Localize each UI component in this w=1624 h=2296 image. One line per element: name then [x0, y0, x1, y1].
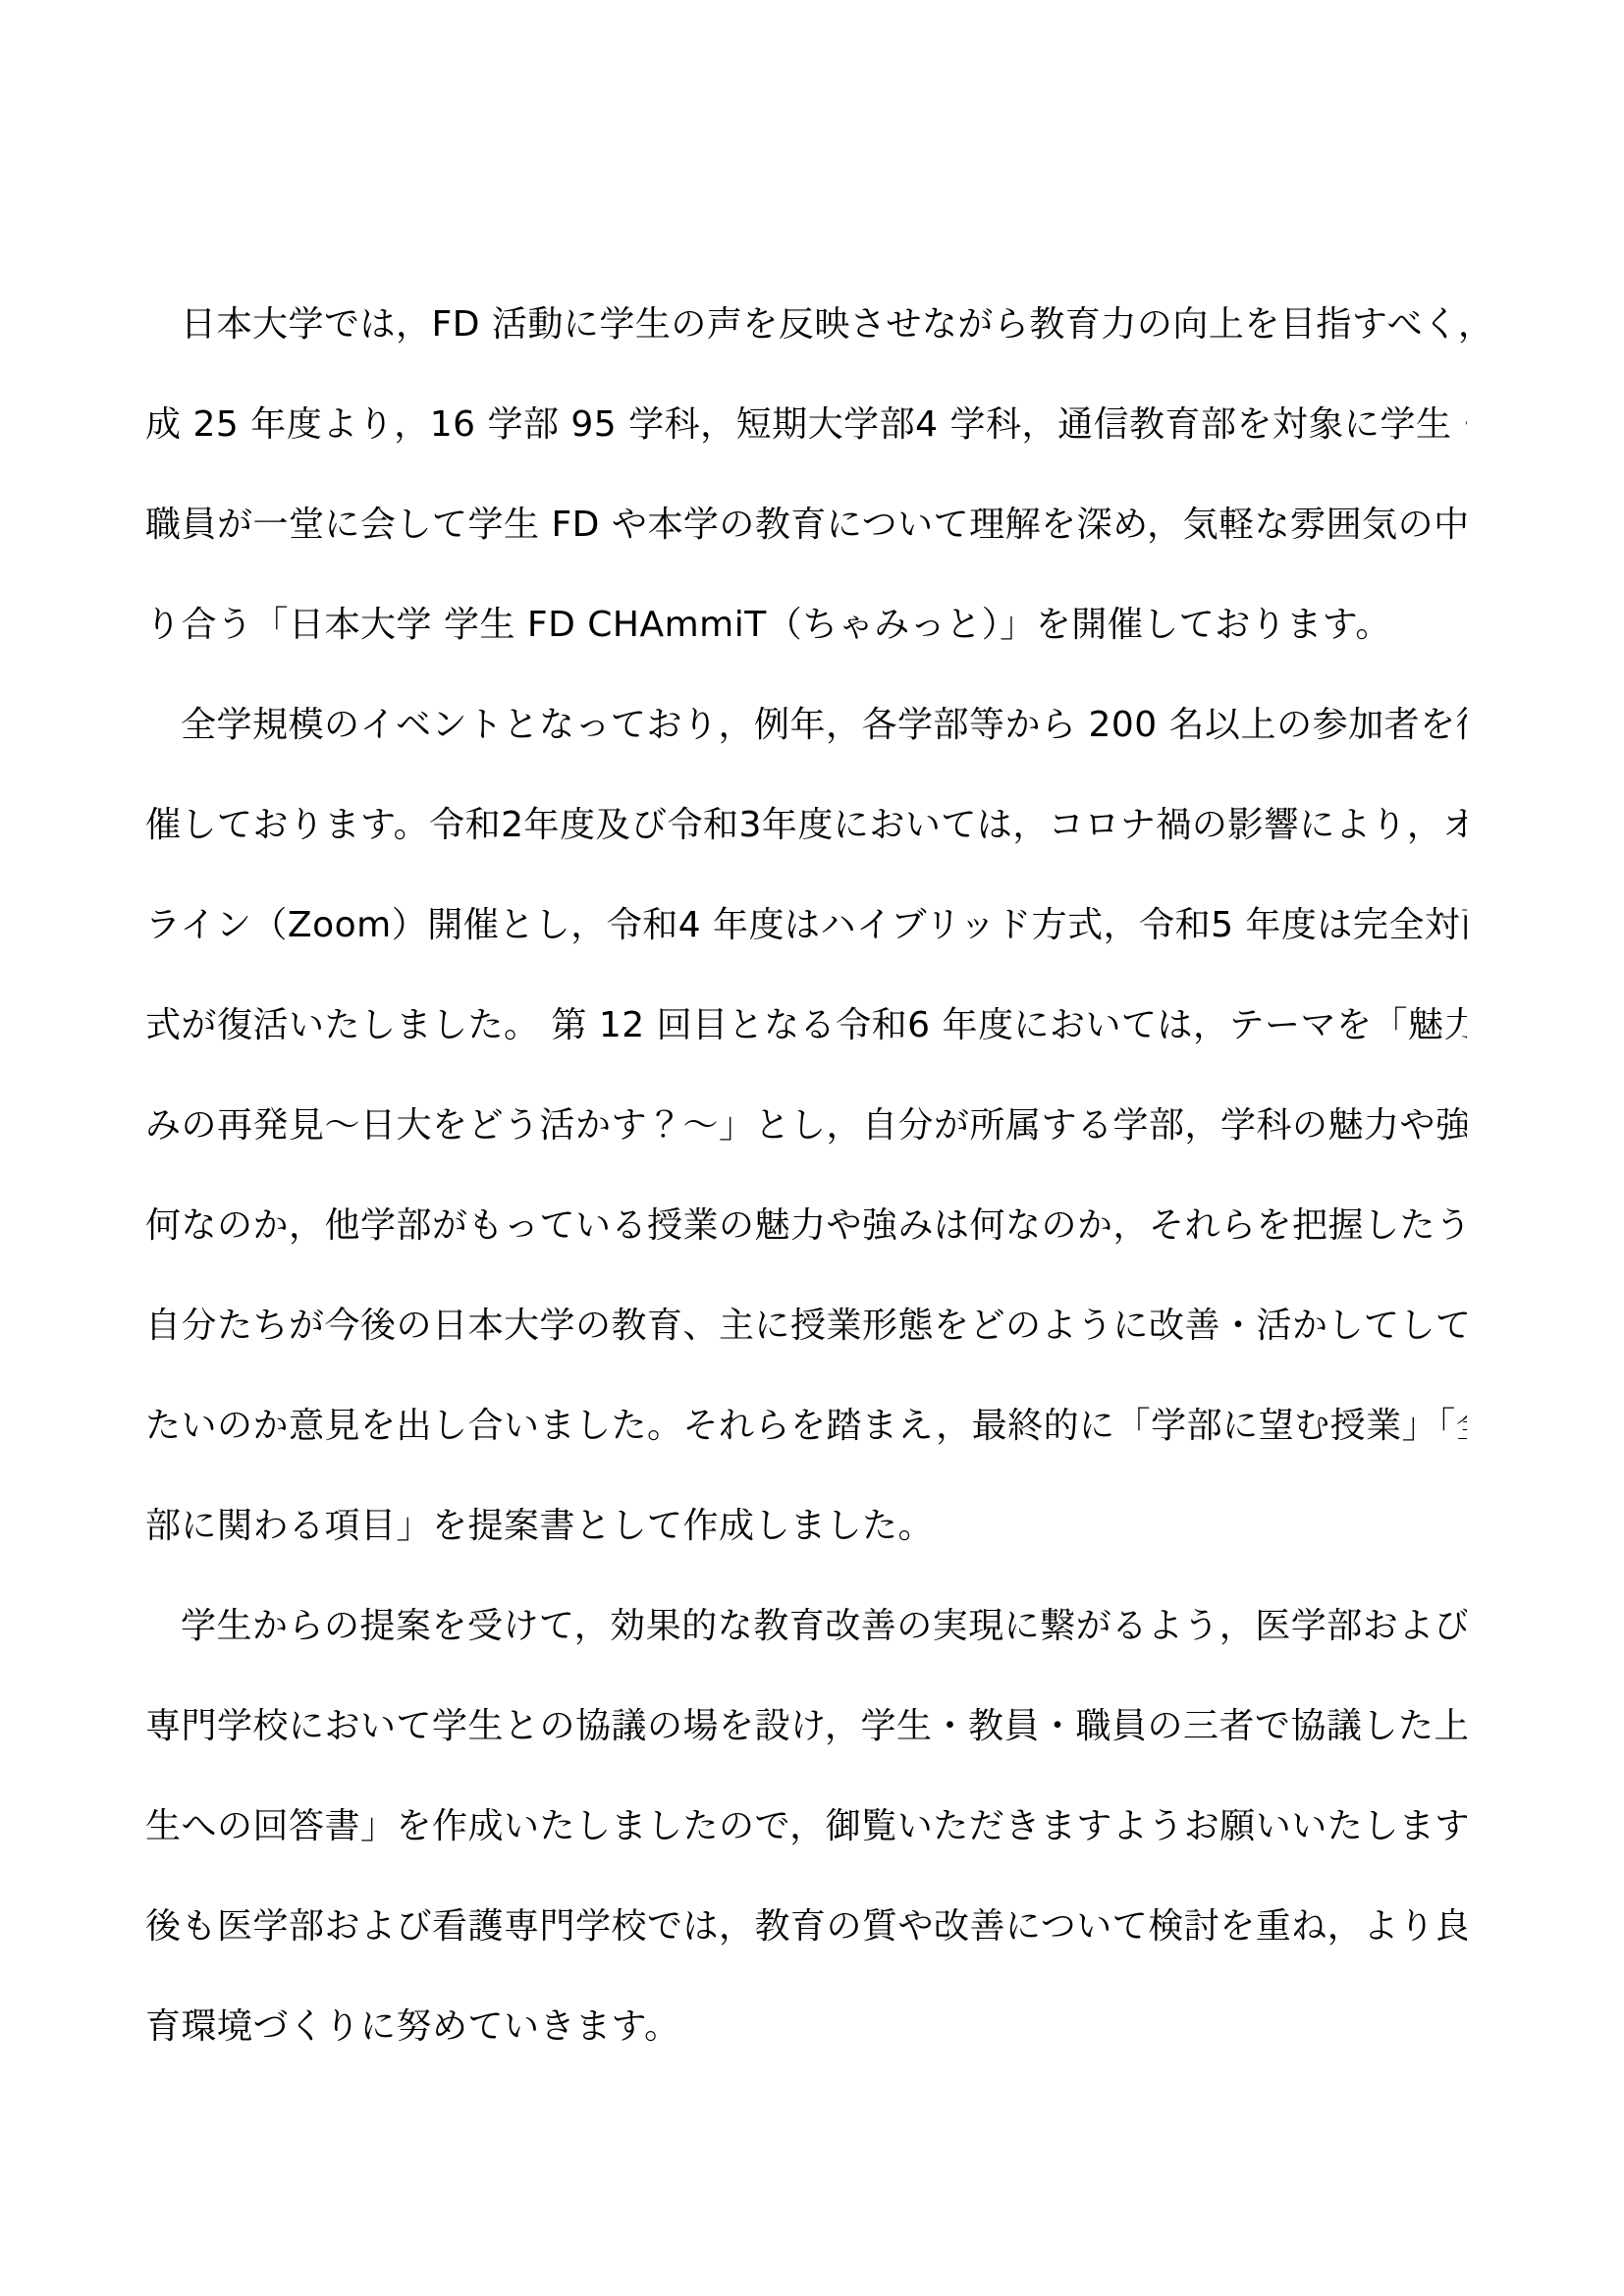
document-page: 日本大学では，FD 活動に学生の声を反映させながら教育力の向上を目指すべく，平 …	[0, 0, 1624, 2296]
text-line: り合う「日本大学 学生 FD CHAmmiT（ちゃみっと）」を開催しております。	[145, 575, 1467, 675]
text-line: 日本大学では，FD 活動に学生の声を反映させながら教育力の向上を目指すべく，平	[145, 275, 1467, 375]
text-line: 後も医学部および看護専門学校では，教育の質や改善について検討を重ね，より良い教	[145, 1877, 1467, 1977]
text-line: ライン（Zoom）開催とし，令和4 年度はハイブリッド方式，令和5 年度は完全対…	[145, 876, 1467, 976]
text-line: 生への回答書」を作成いたしましたので，御覧いただきますようお願いいたします。 今	[145, 1777, 1467, 1877]
text-line: 職員が一堂に会して学生 FD や本学の教育について理解を深め，気軽な雰囲気の中で…	[145, 475, 1467, 575]
text-line: 専門学校において学生との協議の場を設け，学生・教員・職員の三者で協議した上で「学	[145, 1677, 1467, 1777]
text-line: みの再発見～日大をどう活かす？～」とし，自分が所属する学部，学科の魅力や強みは	[145, 1076, 1467, 1176]
text-line: たいのか意見を出し合いました。それらを踏まえ，最終的に「学部に望む授業」「全学	[145, 1376, 1467, 1476]
paragraph-response: 学生からの提案を受けて，効果的な教育改善の実現に繋がるよう，医学部および看護 専…	[145, 1576, 1467, 2077]
text-line: 全学規模のイベントとなっており，例年，各学部等から 200 名以上の参加者を得て…	[145, 675, 1467, 775]
text-line: 自分たちが今後の日本大学の教育、主に授業形態をどのように改善・活かしてしていき	[145, 1276, 1467, 1376]
document-text-block: 日本大学では，FD 活動に学生の声を反映させながら教育力の向上を目指すべく，平 …	[145, 275, 1467, 2077]
text-line: 何なのか，他学部がもっている授業の魅力や強みは何なのか，それらを把握したうえで	[145, 1176, 1467, 1276]
text-line: 成 25 年度より，16 学部 95 学科，短期大学部4 学科，通信教育部を対象…	[145, 375, 1467, 475]
text-line: 催しております。令和2年度及び令和3年度においては，コロナ禍の影響により，オン	[145, 775, 1467, 876]
text-line: 学生からの提案を受けて，効果的な教育改善の実現に繋がるよう，医学部および看護	[145, 1576, 1467, 1677]
text-line: 部に関わる項目」を提案書として作成しました。	[145, 1476, 1467, 1576]
text-line: 式が復活いたしました。 第 12 回目となる令和6 年度においては，テーマを「魅…	[145, 976, 1467, 1076]
paragraph-intro: 日本大学では，FD 活動に学生の声を反映させながら教育力の向上を目指すべく，平 …	[145, 275, 1467, 675]
paragraph-event-details: 全学規模のイベントとなっており，例年，各学部等から 200 名以上の参加者を得て…	[145, 675, 1467, 1576]
text-line: 育環境づくりに努めていきます。	[145, 1977, 1467, 2077]
